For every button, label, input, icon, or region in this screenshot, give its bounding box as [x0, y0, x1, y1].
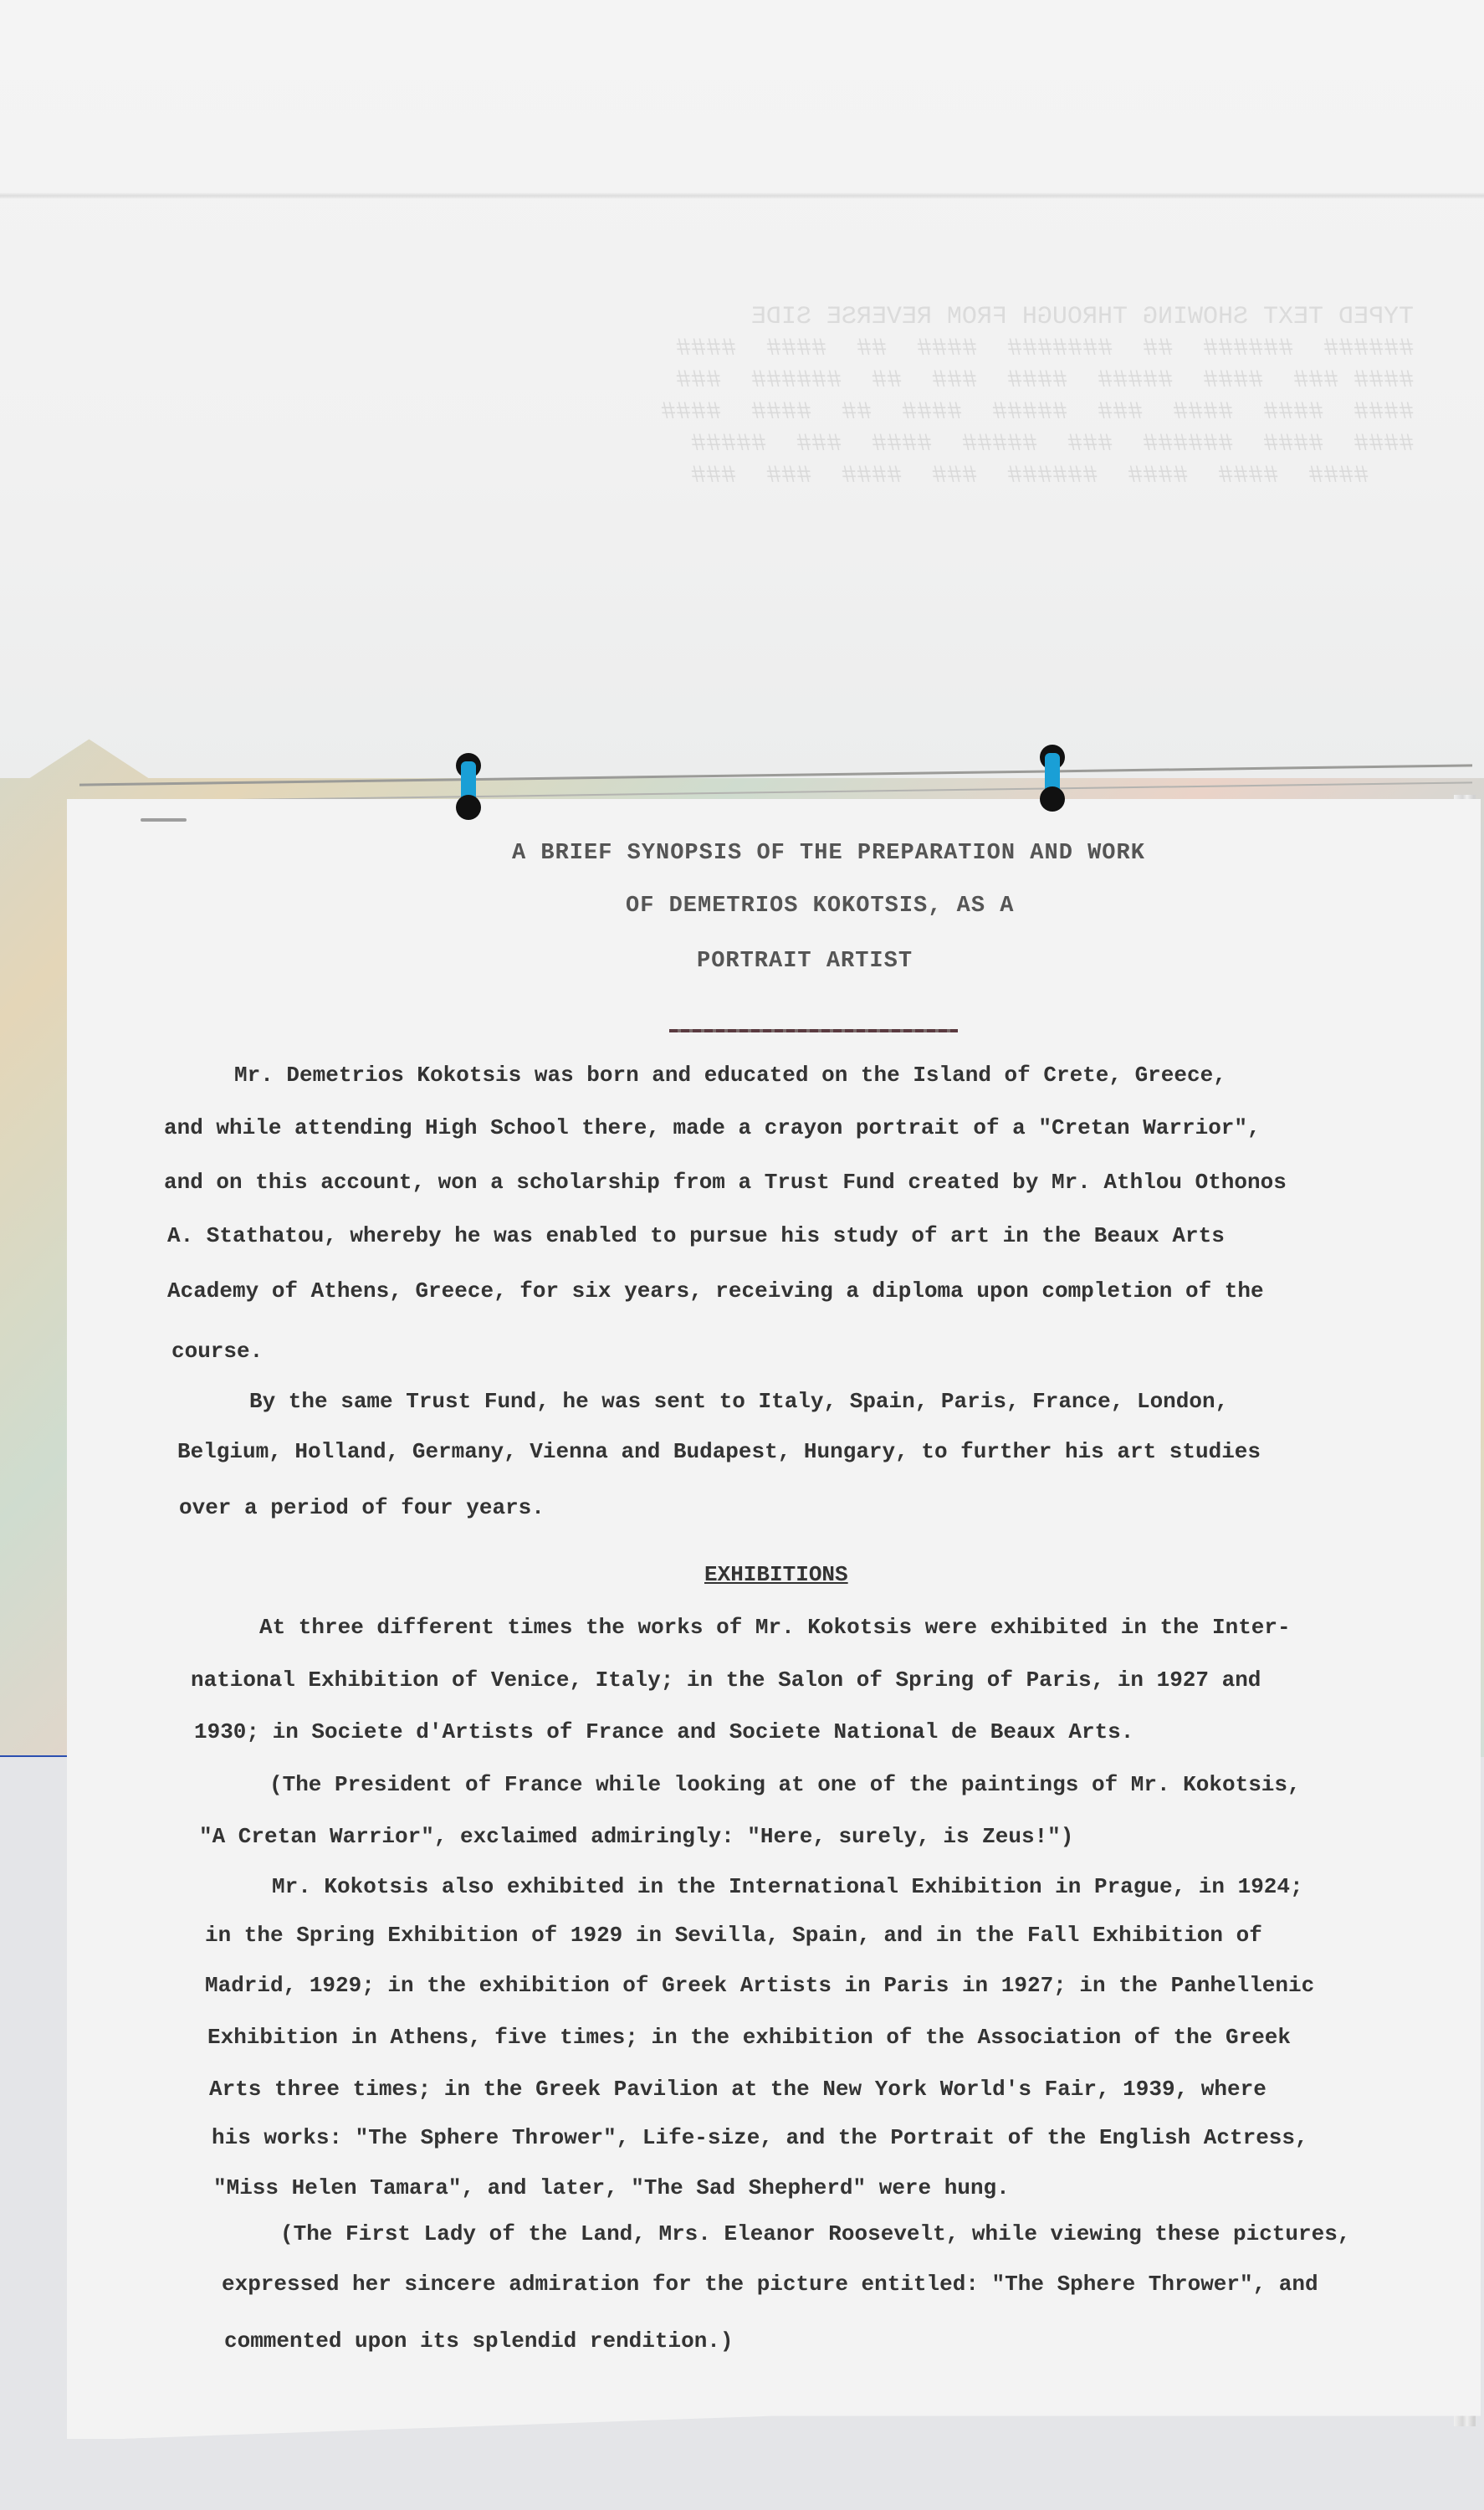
text-line: (The First Lady of the Land, Mrs. Eleano…: [280, 2221, 1350, 2246]
text-line: "Miss Helen Tamara", and later, "The Sad…: [213, 2175, 1010, 2200]
text-line: At three different times the works of Mr…: [259, 1615, 1291, 1640]
document-text: A BRIEF SYNOPSIS OF THE PREPARATION AND …: [0, 0, 1484, 2510]
text-line: Belgium, Holland, Germany, Vienna and Bu…: [177, 1439, 1261, 1464]
title-line-1: A BRIEF SYNOPSIS OF THE PREPARATION AND …: [512, 841, 1145, 866]
text-line: "A Cretan Warrior", exclaimed admiringly…: [199, 1824, 1073, 1849]
text-line: Arts three times; in the Greek Pavilion …: [209, 2077, 1267, 2102]
text-line: course.: [171, 1339, 263, 1364]
text-line: commented upon its splendid rendition.): [224, 2328, 734, 2354]
text-line: in the Spring Exhibition of 1929 in Sevi…: [205, 1923, 1262, 1948]
text-line: Exhibition in Athens, five times; in the…: [207, 2025, 1291, 2050]
title-line-3: PORTRAIT ARTIST: [697, 949, 913, 974]
text-line: Mr. Kokotsis also exhibited in the Inter…: [272, 1874, 1303, 1899]
text-line: A. Stathatou, whereby he was enabled to …: [167, 1223, 1225, 1248]
text-line: and on this account, won a scholarship f…: [164, 1170, 1287, 1195]
section-heading-exhibitions: EXHIBITIONS: [704, 1562, 848, 1587]
text-line: Academy of Athens, Greece, for six years…: [167, 1278, 1264, 1304]
text-line: Madrid, 1929; in the exhibition of Greek…: [205, 1973, 1314, 1998]
title-divider: [669, 1029, 958, 1032]
text-line: 1930; in Societe d'Artists of France and…: [194, 1719, 1133, 1744]
text-line: Mr. Demetrios Kokotsis was born and educ…: [234, 1063, 1226, 1088]
title-line-2: OF DEMETRIOS KOKOTSIS, AS A: [626, 894, 1014, 919]
text-line: his works: "The Sphere Thrower", Life-si…: [212, 2125, 1308, 2150]
text-line: (The President of France while looking a…: [269, 1772, 1301, 1797]
text-line: By the same Trust Fund, he was sent to I…: [249, 1389, 1228, 1414]
text-line: over a period of four years.: [179, 1495, 545, 1520]
text-line: and while attending High School there, m…: [164, 1115, 1261, 1140]
text-line: expressed her sincere admiration for the…: [222, 2272, 1318, 2297]
text-line: national Exhibition of Venice, Italy; in…: [191, 1667, 1261, 1693]
